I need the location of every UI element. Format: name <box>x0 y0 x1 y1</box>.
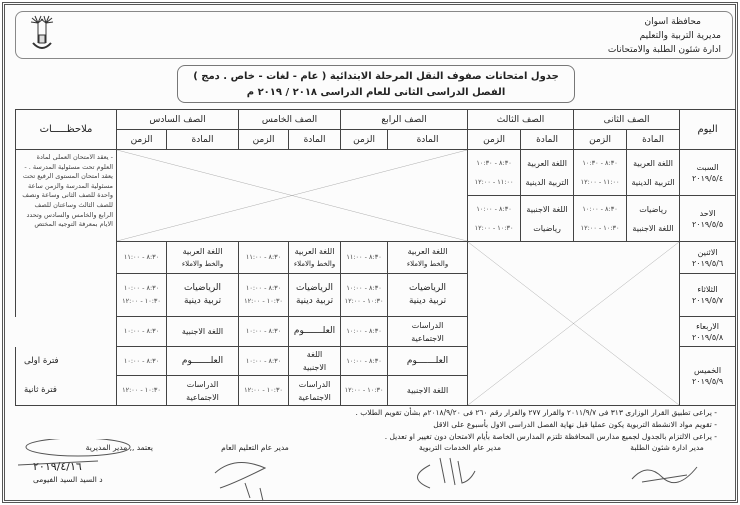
time-cell: ٨:٣٠ - ١١:٠٠ <box>239 242 289 274</box>
table-row-saturday: السبت٢٠١٩/٥/٤ اللغة العربيةالتربية الدين… <box>16 150 736 196</box>
cross-out-lines <box>468 242 679 405</box>
time-header: الزمن <box>341 130 388 150</box>
director-name: د السيد السيد الفيومى <box>33 475 153 484</box>
remarks-list: - يراعى تطبيق القرار الوزارى ٣١٣ فى ٢٠١١… <box>355 407 717 443</box>
subject-header: المادة <box>289 130 341 150</box>
grade3-header: الصف الثالث <box>468 110 574 130</box>
remark-item: - يراعى الالتزام بالجدول لجميع مدارس الم… <box>355 431 717 443</box>
grade-header-row: اليوم الصف الثانى الصف الثالث الصف الراب… <box>16 110 736 130</box>
subheader-row: المادة الزمن المادة الزمن المادة الزمن ا… <box>16 130 736 150</box>
grade6-header: الصف السادس <box>117 110 239 130</box>
notes-cell: - يعقد الامتحان العملى لمادة العلوم تحت … <box>16 150 117 317</box>
time-cell: ٨:٣٠ - ١٠:٠٠١٠:٣٠ - ١٢:٠٠ <box>239 274 289 317</box>
document-title: جدول امتحانات صفوف النقل المرحلة الابتدا… <box>177 65 575 103</box>
subject-cell: اللغة العربيةالتربية الدينية <box>521 150 574 196</box>
time-cell: ١٠:٣٠ - ١٢:٠٠ <box>239 376 289 406</box>
time-cell: ٨:٣٠ - ١٠:٣٠١١:٠٠ - ١٢:٠٠ <box>574 150 627 196</box>
subject-cell: اللغة العربيةالتربية الدينية <box>627 150 680 196</box>
department: ادارة شئون الطلبة والامتحانات <box>608 43 721 57</box>
subject-cell: اللغة العربيةوالخط والاملاء <box>388 242 468 274</box>
day-cell: الثلاثاء٢٠١٩/٥/٧ <box>680 274 736 317</box>
subject-cell: اللغة الاجنبية <box>388 376 468 406</box>
handwritten-signature-icon <box>400 453 510 493</box>
remark-item: - تقويم مواد الانشطة التربوية يكون عمليا… <box>355 419 717 431</box>
day-header: اليوم <box>680 110 736 150</box>
subject-cell: الدراساتالاجتماعية <box>167 376 239 406</box>
subject-cell: رياضياتاللغة الاجنبية <box>627 196 680 242</box>
time-header: الزمن <box>117 130 167 150</box>
not-applicable-crossed-cell <box>117 150 468 242</box>
grade5-header: الصف الخامس <box>239 110 341 130</box>
time-cell: ٨:٣٠ - ١٠:٠٠١٠:٣٠ - ١٢:٠٠ <box>468 196 521 242</box>
time-cell: ٨:٣٠ - ١٠:٠٠ <box>239 347 289 376</box>
time-cell: ١٠:٣٠ - ١٢:٠٠ <box>117 376 167 406</box>
governorate: محافظة اسوان <box>608 15 721 29</box>
handwritten-signature-icon <box>205 453 305 503</box>
time-cell: ٨:٣٠ - ١٠:٠٠ <box>239 317 289 347</box>
time-header: الزمن <box>468 130 521 150</box>
grade4-header: الصف الرابع <box>341 110 468 130</box>
subject-cell: اللغة العربيةوالخط والاملاء <box>289 242 341 274</box>
subject-cell: العلـــــــوم <box>167 347 239 376</box>
subject-header: المادة <box>627 130 680 150</box>
time-cell: ٨:٣٠ - ١٠:٠٠ <box>117 317 167 347</box>
cross-out-lines <box>117 150 467 241</box>
handwritten-signature-icon <box>627 457 707 487</box>
subject-cell: اللغة الاجنبية <box>167 317 239 347</box>
directorate: مديرية التربية والتعليم <box>608 29 721 43</box>
day-cell: الاربعاء٢٠١٩/٥/٨ <box>680 317 736 347</box>
subject-header: المادة <box>521 130 574 150</box>
grade2-header: الصف الثانى <box>574 110 680 130</box>
remark-item: - يراعى تطبيق القرار الوزارى ٣١٣ فى ٢٠١١… <box>355 407 717 419</box>
time-cell: ٨:٣٠ - ١٠:٣٠١١:٠٠ - ١٢:٠٠ <box>468 150 521 196</box>
day-cell: الاثنين٢٠١٩/٥/٦ <box>680 242 736 274</box>
exam-schedule-table: اليوم الصف الثانى الصف الثالث الصف الراب… <box>15 109 736 406</box>
document-page: محافظة اسوان مديرية التربية والتعليم ادا… <box>2 2 738 503</box>
signature-student-affairs: مدير ادارة شئون الطلبة <box>617 443 717 452</box>
day-cell: الاحد٢٠١٩/٥/٥ <box>680 196 736 242</box>
title-line-2: الفصل الدراسى الثانى للعام الدراسى ٢٠١٨ … <box>178 85 574 101</box>
day-cell: الخميس٢٠١٩/٥/٩ <box>680 347 736 406</box>
subject-header: المادة <box>388 130 468 150</box>
subject-cell: اللغةالاجنبية <box>289 347 341 376</box>
not-applicable-crossed-cell <box>468 242 680 406</box>
subject-cell: العلـــــــوم <box>289 317 341 347</box>
subject-cell: الرياضياتتربية دينية <box>388 274 468 317</box>
signature-educational-services: مدير عام الخدمات التربوية <box>400 443 520 452</box>
table-row-monday: الاثنين٢٠١٩/٥/٦ اللغة العربيةوالخط والام… <box>16 242 736 274</box>
subject-cell: الرياضياتتربية دينية <box>167 274 239 317</box>
time-cell: ٨:٣٠ - ١٠:٠٠١٠:٣٠ - ١٢:٠٠ <box>117 274 167 317</box>
handwritten-signature-icon <box>18 439 138 469</box>
title-line-1: جدول امتحانات صفوف النقل المرحلة الابتدا… <box>178 69 574 85</box>
subject-cell: الدراساتالاجتماعية <box>289 376 341 406</box>
subject-cell: العلـــــــوم <box>388 347 468 376</box>
organization-header: محافظة اسوان مديرية التربية والتعليم ادا… <box>608 15 721 57</box>
time-cell: ٨:٣٠ - ١١:٠٠ <box>117 242 167 274</box>
time-cell: ١٠:٣٠ - ١٢:٠٠ <box>341 376 388 406</box>
notes-header: ملاحظـــــات <box>16 110 117 150</box>
palm-trees-emblem-icon <box>27 13 57 55</box>
signature-general-education: مدير عام التعليم العام <box>205 443 305 452</box>
time-cell: ٨:٣٠ - ١٠:٠٠١٠:٣٠ - ١٢:٠٠ <box>341 274 388 317</box>
subject-header: المادة <box>167 130 239 150</box>
period-2-label: فترة ثانية <box>16 376 117 406</box>
subject-cell: الدراساتالاجتماعية <box>388 317 468 347</box>
time-cell: ٨:٣٠ - ١١:٠٠ <box>341 242 388 274</box>
time-cell: ٨:٣٠ - ١٠:٠٠ <box>117 347 167 376</box>
period-1-label: فترة اولى <box>16 347 117 376</box>
time-cell: ٨:٣٠ - ١٠:٠٠١٠:٣٠ - ١٢:٠٠ <box>574 196 627 242</box>
time-cell: ٨:٣٠ - ١٠:٠٠ <box>341 317 388 347</box>
signature-director-approval: يعتمد ,, مدير المديرية ٢٠١٩/٤/١٦ د السيد… <box>33 443 153 484</box>
time-header: الزمن <box>574 130 627 150</box>
subject-cell: الرياضياتتربية دينية <box>289 274 341 317</box>
day-cell: السبت٢٠١٩/٥/٤ <box>680 150 736 196</box>
time-cell: ٨:٣٠ - ١٠:٠٠ <box>341 347 388 376</box>
time-header: الزمن <box>239 130 289 150</box>
subject-cell: اللغة العربيةوالخط والاملاء <box>167 242 239 274</box>
subject-cell: اللغة الاجنبيةرياضيات <box>521 196 574 242</box>
